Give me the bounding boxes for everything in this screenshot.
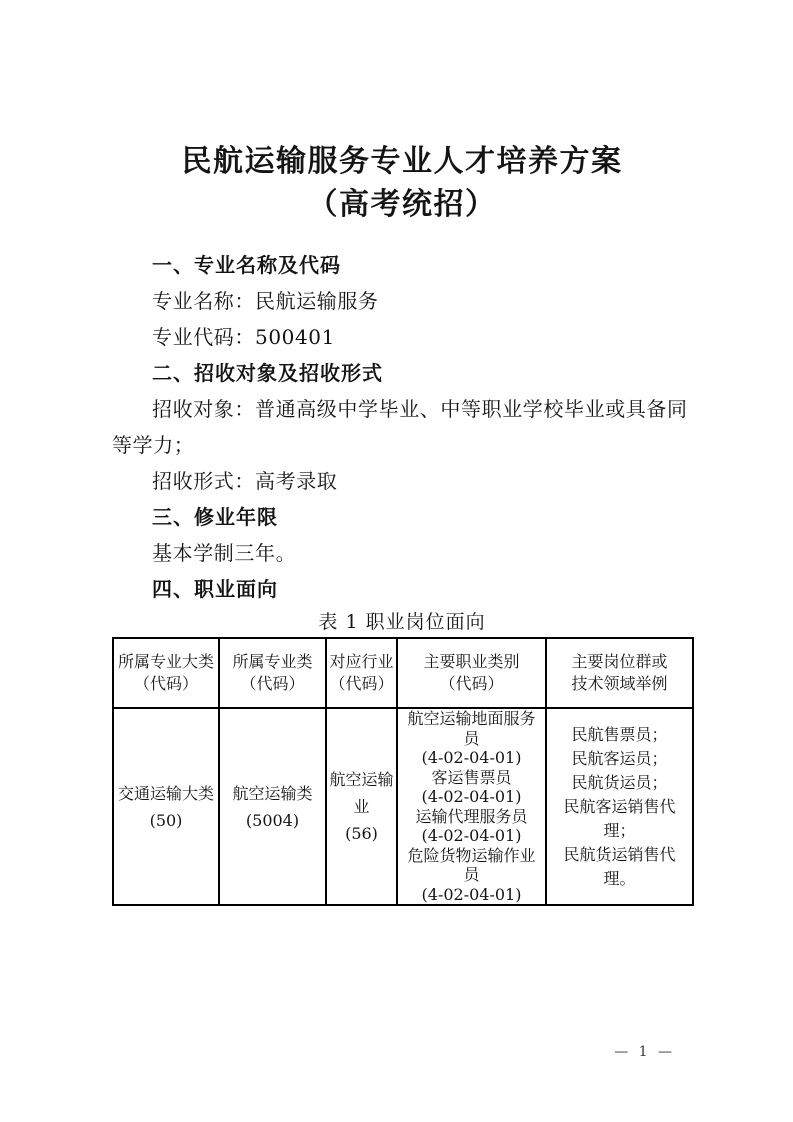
section-heading-major-name-code: 一、专业名称及代码 xyxy=(112,247,692,283)
cell-sub-class: 航空运输类(5004) xyxy=(219,708,326,905)
section-heading-study-years: 三、修业年限 xyxy=(112,499,692,535)
page-number: — 1 — xyxy=(614,1044,675,1060)
table-caption: 表 1 职业岗位面向 xyxy=(112,607,692,637)
cell-line: 危险货物运输作业员 xyxy=(400,846,543,885)
cell-line: 技术领域举例 xyxy=(549,673,690,695)
cell-line: (56) xyxy=(329,820,394,847)
cell-industry: 航空运输业(56) xyxy=(326,708,397,905)
cell-line: 对应行业 xyxy=(329,651,394,673)
paragraph-major-code: 专业代码：500401 xyxy=(112,319,692,355)
cell-line: (4-02-04-01) xyxy=(400,826,543,846)
cell-line: 交通运输大类 xyxy=(116,780,216,807)
cell-line: 客运售票员 xyxy=(400,768,543,788)
career-orientation-table: 所属专业大类（代码） 所属专业类（代码） 对应行业（代码） 主要职业类别（代码）… xyxy=(112,637,694,906)
paragraph-study-years: 基本学制三年。 xyxy=(112,535,692,571)
paragraph-admission-target-line2: 等学力； xyxy=(112,427,692,463)
paragraph-major-name: 专业名称：民航运输服务 xyxy=(112,283,692,319)
header-occupation-category: 主要职业类别（代码） xyxy=(397,638,546,708)
cell-line: 航空运输地面服务员 xyxy=(400,709,543,748)
cell-line: 民航货运员； xyxy=(549,771,690,795)
document-page: 民航运输服务专业人才培养方案 （高考统招） 一、专业名称及代码 专业名称：民航运… xyxy=(0,0,793,1122)
cell-line: 民航售票员； xyxy=(549,723,690,747)
cell-line: （代码） xyxy=(329,673,394,695)
cell-line: 业 xyxy=(329,793,394,820)
header-sub-class: 所属专业类（代码） xyxy=(219,638,326,708)
cell-occupations: 航空运输地面服务员(4-02-04-01)客运售票员(4-02-04-01)运输… xyxy=(397,708,546,905)
cell-line: （代码） xyxy=(116,673,216,695)
document-title-line2: （高考统招） xyxy=(112,183,692,226)
paragraph-admission-target-line1: 招收对象：普通高级中学毕业、中等职业学校毕业或具备同 xyxy=(112,391,692,427)
cell-line: 民航客运销售代理； xyxy=(549,795,690,843)
document-content: 民航运输服务专业人才培养方案 （高考统招） 一、专业名称及代码 专业名称：民航运… xyxy=(112,140,692,906)
cell-line: 运输代理服务员 xyxy=(400,807,543,827)
section-heading-career-orientation: 四、职业面向 xyxy=(112,571,692,607)
cell-line: 所属专业类 xyxy=(222,651,323,673)
header-industry: 对应行业（代码） xyxy=(326,638,397,708)
cell-line: (4-02-04-01) xyxy=(400,787,543,807)
table-row: 交通运输大类(50) 航空运输类(5004) 航空运输业(56) 航空运输地面服… xyxy=(113,708,693,905)
document-title: 民航运输服务专业人才培养方案 （高考统招） xyxy=(112,140,692,226)
cell-line: (4-02-04-01) xyxy=(400,885,543,905)
cell-major-class: 交通运输大类(50) xyxy=(113,708,219,905)
cell-line: (5004) xyxy=(222,807,323,834)
cell-line: （代码） xyxy=(400,673,543,695)
cell-line: 民航客运员； xyxy=(549,747,690,771)
section-heading-admission: 二、招收对象及招收形式 xyxy=(112,355,692,391)
cell-line: 主要岗位群或 xyxy=(549,651,690,673)
header-position-examples: 主要岗位群或技术领域举例 xyxy=(546,638,693,708)
header-major-class: 所属专业大类（代码） xyxy=(113,638,219,708)
document-title-line1: 民航运输服务专业人才培养方案 xyxy=(112,140,692,183)
paragraph-admission-form: 招收形式：高考录取 xyxy=(112,463,692,499)
cell-line: （代码） xyxy=(222,673,323,695)
cell-line: 民航货运销售代理。 xyxy=(549,843,690,891)
cell-positions: 民航售票员；民航客运员；民航货运员；民航客运销售代理；民航货运销售代理。 xyxy=(546,708,693,905)
cell-line: 航空运输类 xyxy=(222,780,323,807)
cell-line: 所属专业大类 xyxy=(116,651,216,673)
cell-line: (50) xyxy=(116,807,216,834)
table-header-row: 所属专业大类（代码） 所属专业类（代码） 对应行业（代码） 主要职业类别（代码）… xyxy=(113,638,693,708)
cell-line: 主要职业类别 xyxy=(400,651,543,673)
cell-line: 航空运输 xyxy=(329,766,394,793)
cell-line: (4-02-04-01) xyxy=(400,748,543,768)
document-sections: 一、专业名称及代码 专业名称：民航运输服务 专业代码：500401 二、招收对象… xyxy=(112,247,692,607)
